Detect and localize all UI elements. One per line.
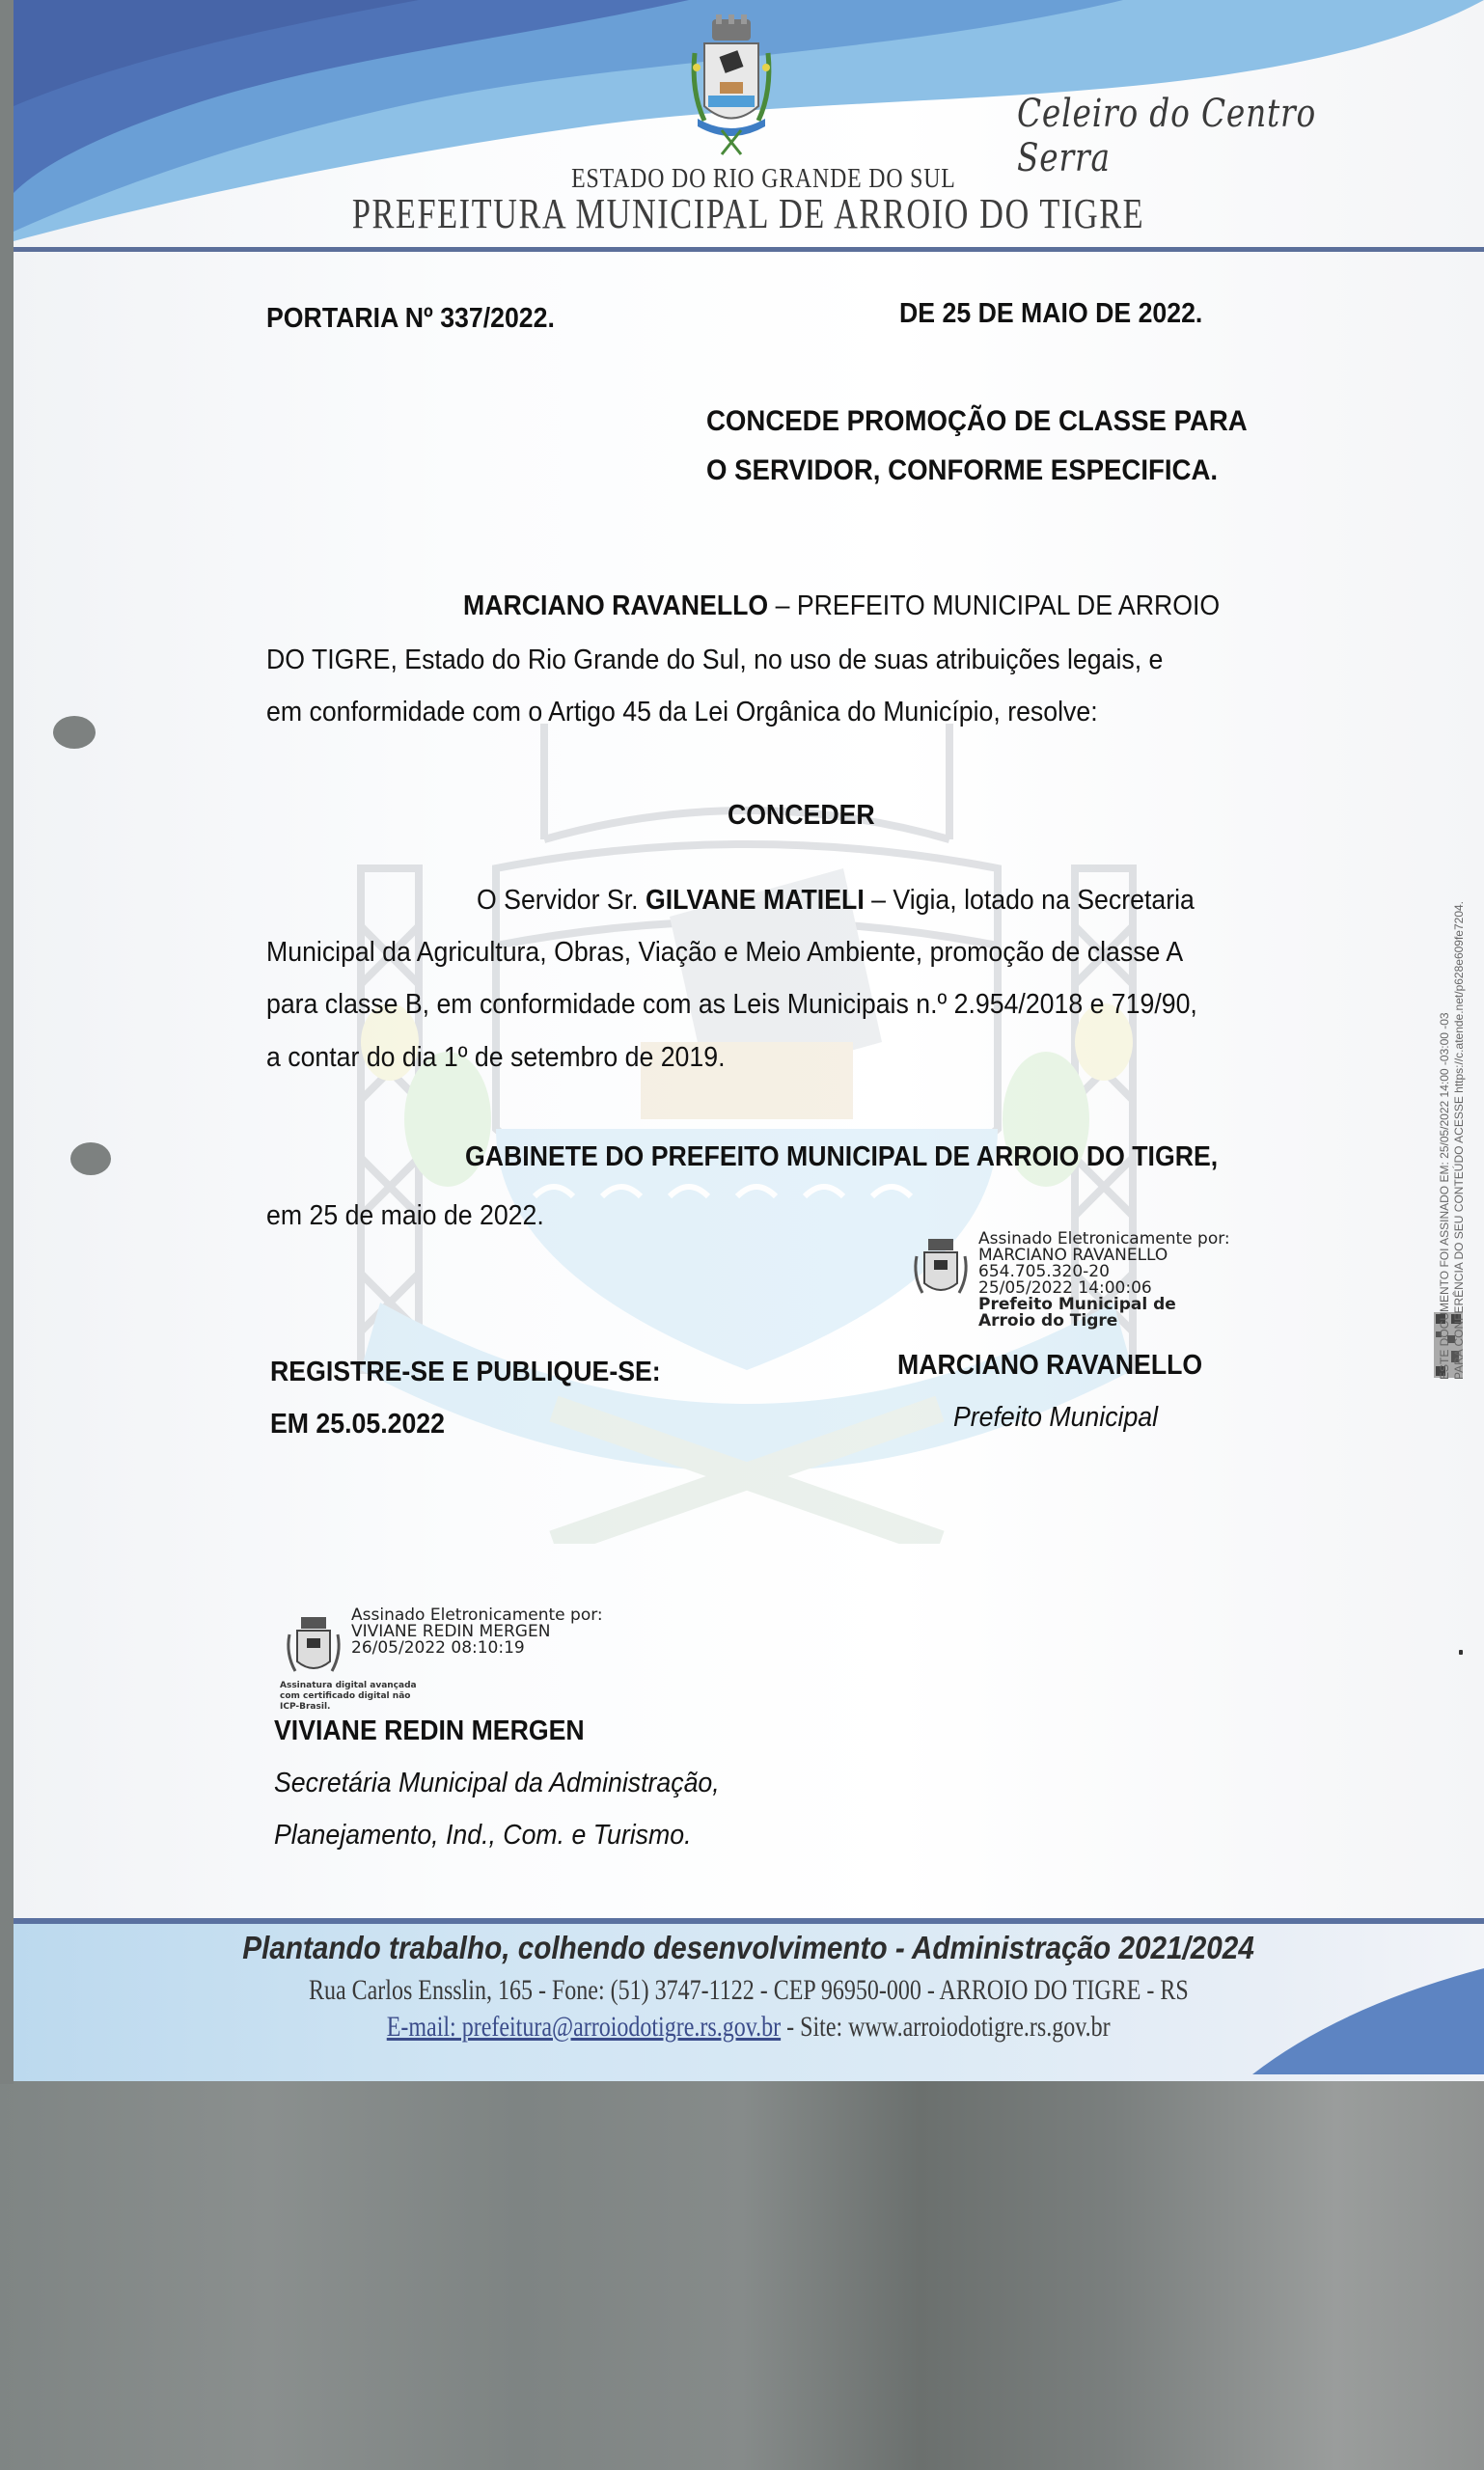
closing-date: em 25 de maio de 2022. xyxy=(266,1202,568,1230)
ementa-line-1: CONCEDE PROMOÇÃO DE CLASSE PARA xyxy=(706,407,1295,436)
document-page: Celeiro do Centro Serra ESTADO DO RIO GR… xyxy=(14,0,1484,2081)
registration-label: REGISTRE-SE E PUBLIQUE-SE: xyxy=(270,1358,695,1386)
preamble-line-1: MARCIANO RAVANELLO – PREFEITO MUNICIPAL … xyxy=(463,592,1285,620)
mayor-signature-title: Prefeito Municipal xyxy=(953,1404,1176,1432)
grant-line-3: para classe B, em conformidade com as Le… xyxy=(266,991,1278,1019)
signature-crest-icon xyxy=(284,1615,344,1683)
punch-hole xyxy=(53,716,96,749)
grant-line-1: O Servidor Sr. GILVANE MATIELI – Vigia, … xyxy=(477,887,1257,915)
portaria-number: PORTARIA Nº 337/2022. xyxy=(266,305,580,333)
mayor-e-signature-stamp: Assinado Eletronicamente por: MARCIANO R… xyxy=(911,1231,1230,1330)
footer-address: Rua Carlos Ensslin, 165 - Fone: (51) 374… xyxy=(14,1974,1484,2007)
footer-site-link[interactable]: Site: www.arroiodotigre.rs.gov.br xyxy=(800,2011,1111,2043)
secretary-e-signature-stamp: Assinado Eletronicamente por: VIVIANE RE… xyxy=(284,1609,603,1683)
mayor-signature-name: MARCIANO RAVANELLO xyxy=(897,1352,1229,1380)
grant-line-2: Municipal da Agricultura, Obras, Viação … xyxy=(266,939,1263,967)
grant-line-4: a contar do dia 1º de setembro de 2019. xyxy=(266,1044,765,1072)
closing-office: GABINETE DO PREFEITO MUNICIPAL DE ARROIO… xyxy=(465,1143,1283,1171)
scan-speck xyxy=(1459,1650,1463,1655)
footer-slogan: Plantando trabalho, colhendo desenvolvim… xyxy=(14,1930,1484,1966)
registration-date: EM 25.05.2022 xyxy=(270,1411,460,1439)
secretary-signature-name: VIVIANE REDIN MERGEN xyxy=(274,1717,612,1745)
secretary-title-line-1: Secretária Municipal da Administração, xyxy=(274,1770,758,1798)
footer-email-link[interactable]: E-mail: prefeitura@arroiodotigre.rs.gov.… xyxy=(387,2011,781,2043)
secretary-title-line-2: Planejamento, Ind., Com. e Turismo. xyxy=(274,1822,728,1850)
scanner-edge xyxy=(0,0,14,2084)
header-divider xyxy=(14,247,1484,252)
servant-name: GILVANE MATIELI xyxy=(646,885,865,916)
ementa-line-2: O SERVIDOR, CONFORME ESPECIFICA. xyxy=(706,456,1262,485)
portaria-date: DE 25 DE MAIO DE 2022. xyxy=(899,300,1229,328)
preamble-line-3: em conformidade com o Artigo 45 da Lei O… xyxy=(266,699,1170,727)
verification-stamp: ESTE DOCUMENTO FOI ASSINADO EM: 25/05/20… xyxy=(1438,901,1467,1380)
preamble-line-2: DO TIGRE, Estado do Rio Grande do Sul, n… xyxy=(266,646,1241,674)
footer-contacts: E-mail: prefeitura@arroiodotigre.rs.gov.… xyxy=(14,2011,1484,2044)
punch-hole xyxy=(70,1142,111,1175)
mayor-name: MARCIANO RAVANELLO xyxy=(463,590,768,621)
signature-crest-icon xyxy=(911,1237,971,1304)
signature-certificate-note: Assinatura digital avançada com certific… xyxy=(280,1681,425,1713)
conceder-heading: CONCEDER xyxy=(728,802,888,830)
municipality-name: PREFEITURA MUNICIPAL DE ARROIO DO TIGRE xyxy=(14,189,1484,238)
coat-of-arms-icon xyxy=(683,14,780,159)
